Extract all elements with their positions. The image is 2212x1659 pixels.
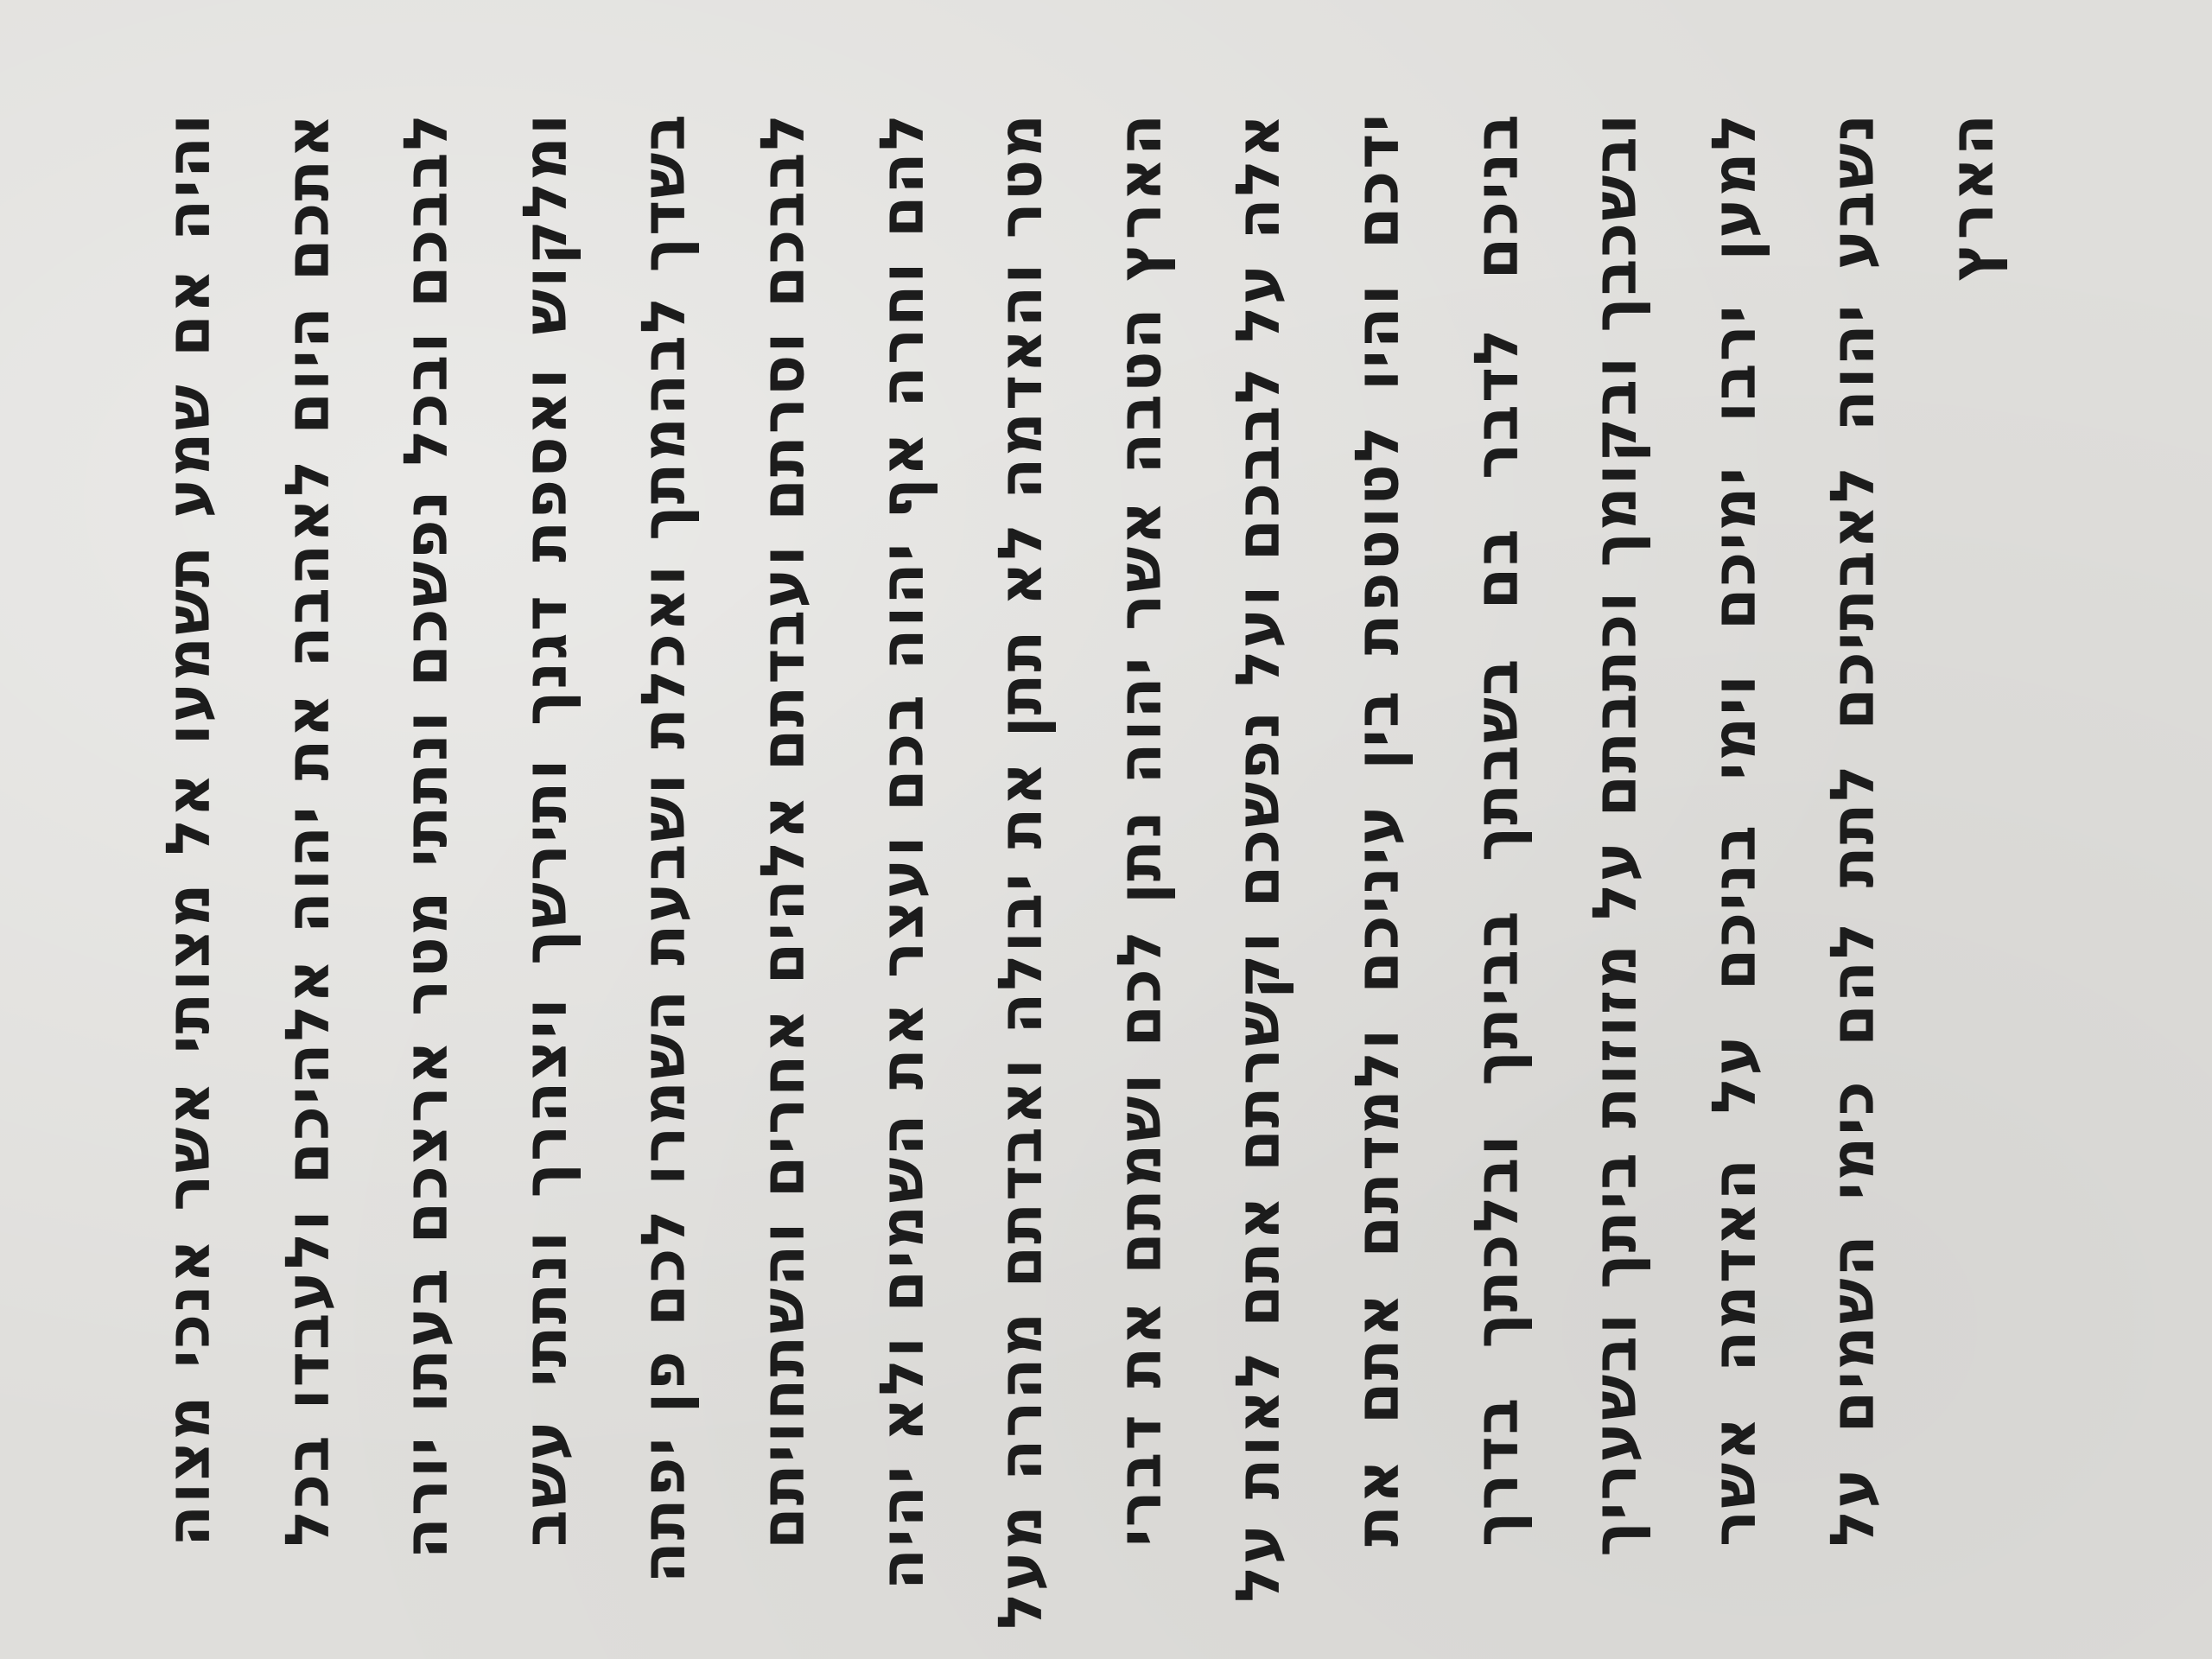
scroll-line-14: למען ירבו ימיכם וימי בניכם על האדמה אשר xyxy=(1693,112,1776,1547)
scroll-line-8: מטר והאדמה לא תתן את יבולה ואבדתם מהרה מ… xyxy=(979,112,1062,1547)
scroll-line-11: ידכם והיו לטוטפת בין עיניכם ולמדתם אתם א… xyxy=(1336,112,1419,1547)
scroll-line-10: אלה על לבבכם ועל נפשכם וקשרתם אתם לאות ע… xyxy=(1217,112,1300,1547)
scroll-line-15: נשבע יהוה לאבתיכם לתת להם כימי השמים על xyxy=(1811,112,1894,1547)
scroll-line-3: לבבכם ובכל נפשכם ונתתי מטר ארצכם בעתו יו… xyxy=(385,112,467,1547)
scroll-text-block: והיה אם שמע תשמעו אל מצותי אשר אנכי מצוה… xyxy=(147,112,2013,1547)
scroll-line-9: הארץ הטבה אשר יהוה נתן לכם ושמתם את דברי xyxy=(1098,112,1181,1547)
scroll-line-16: הארץ xyxy=(1930,112,2013,1547)
scroll-line-1: והיה אם שמע תשמעו אל מצותי אשר אנכי מצוה xyxy=(147,112,230,1547)
scroll-line-12: בניכם לדבר בם בשבתך בביתך ובלכתך בדרך xyxy=(1455,112,1538,1547)
scroll-line-4: ומלקוש ואספת דגנך ותירשך ויצהרך ונתתי עש… xyxy=(504,112,587,1547)
scroll-line-6: לבבכם וסרתם ועבדתם אלהים אחרים והשתחויתם xyxy=(741,112,824,1547)
scroll-line-5: בשדך לבהמתך ואכלת ושבעת השמרו לכם פן יפת… xyxy=(622,112,705,1547)
scroll-line-2: אתכם היום לאהבה את יהוה אלהיכם ולעבדו בכ… xyxy=(266,112,349,1547)
scroll-line-13: ובשכבך ובקומך וכתבתם על מזוזות ביתך ובשע… xyxy=(1573,112,1656,1547)
scroll-line-7: להם וחרה אף יהוה בכם ועצר את השמים ולא י… xyxy=(861,112,944,1547)
